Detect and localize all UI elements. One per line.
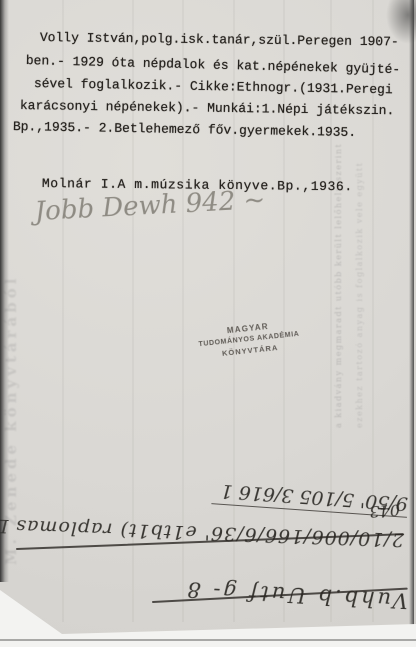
typed-line-4: karácsonyi népénekek).- Munkái:1.Népi já… <box>20 99 395 117</box>
scan-edge-right <box>409 0 414 630</box>
scan-corner-smudge <box>386 0 416 44</box>
typed-line-1: Volly István,polg.isk.tanár,szül.Peregen… <box>40 31 399 48</box>
scan-bottom-line <box>0 639 416 641</box>
typed-line-5: Bp.,1935.- 2.Betlehemező főv.gyermekek.1… <box>13 120 356 139</box>
flipped-annotation-2: 043 <box>351 500 400 522</box>
bleed-through-text-right-2: ezekhez tartozó anyag is foglalkozik vel… <box>355 152 364 428</box>
typed-line-3: sével foglalkozik.- Cikke:Ethnogr.(1931.… <box>34 77 393 96</box>
scan-edge-left <box>0 0 9 582</box>
library-stamp: MAGYAR TUDOMÁNYOS AKADÉMIA KÖNYVTÁRA <box>187 317 312 363</box>
typed-line-2: ben.- 1929 óta népdalok és kat.népénekek… <box>26 54 401 76</box>
scanned-catalog-card: M. Zenede könyvtárából a kiadvány megmar… <box>0 0 416 647</box>
